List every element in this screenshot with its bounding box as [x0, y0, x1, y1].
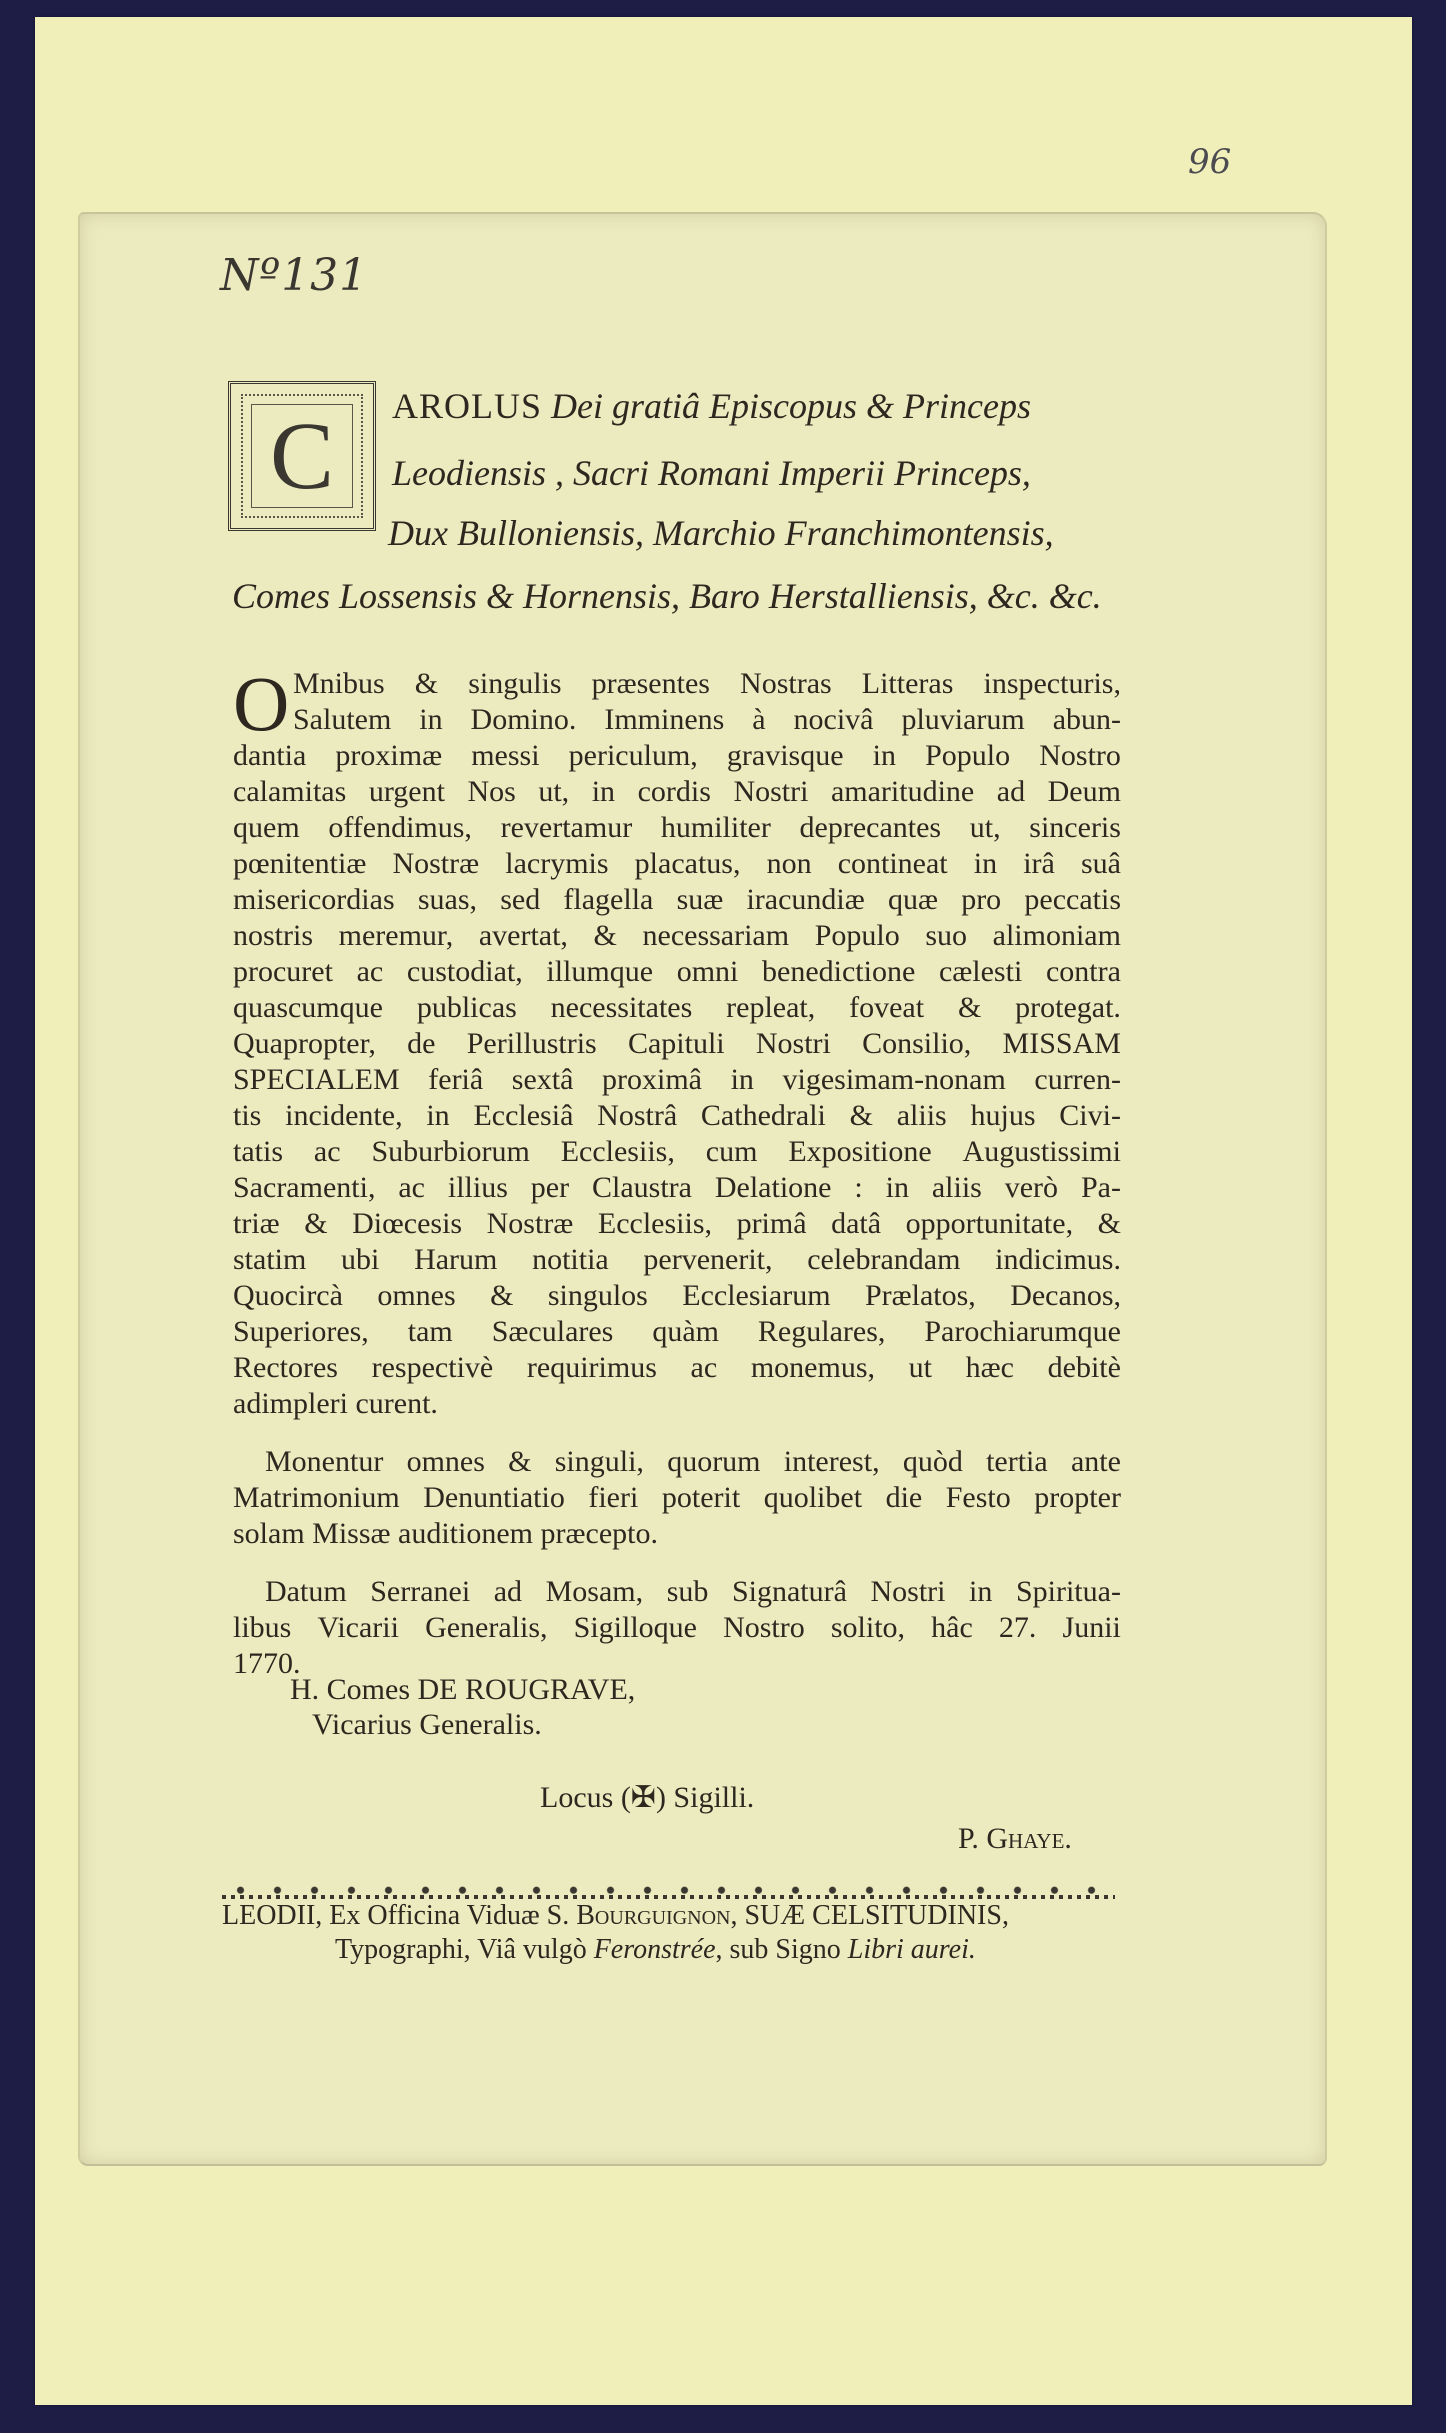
heading-title: Dei gratiâ Episcopus & Princeps — [551, 386, 1031, 426]
body-line: MatrimoniumDenuntiatiofieripoteritquolib… — [233, 1480, 1121, 1516]
body-line: Quocircàomnes&singulosEcclesiarumPrælato… — [233, 1278, 1121, 1314]
body-line: tatisacSuburbiorumEcclesiis,cumExpositio… — [233, 1134, 1121, 1170]
folio-number: 96 — [1188, 142, 1231, 182]
vicar-name: H. Comes DE ROUGRAVE, — [290, 1673, 635, 1707]
heading-line-2-text: Leodiensis , Sacri Romani Imperii Prince… — [392, 453, 1031, 493]
heading-line-2: Leodiensis , Sacri Romani Imperii Prince… — [392, 455, 1031, 491]
imprint-line-2: Typographi, Viâ vulgò Feronstrée, sub Si… — [335, 1934, 976, 1966]
body-line: misericordiassuas,sedflagellasuæiracundi… — [233, 882, 1121, 918]
body-line: adimpleri curent. — [233, 1386, 1121, 1422]
body-line: tisincidente,inEcclesiâNostrâCathedrali&… — [233, 1098, 1121, 1134]
body-line: SaluteminDomino.Imminensànocivâpluviarum… — [233, 702, 1121, 738]
body-line: calamitasurgentNosut,incordisNostriamari… — [233, 774, 1121, 810]
heading-line-4-text: Comes Lossensis & Hornensis, Baro Hersta… — [232, 576, 1102, 616]
vicar-title: Vicarius Generalis. — [312, 1708, 542, 1742]
street-name: Feronstrée — [594, 1934, 716, 1965]
heading-line-1: AROLUS Dei gratiâ Episcopus & Princeps — [392, 388, 1031, 424]
body-line: procuretaccustodiat,illumqueomnibenedict… — [233, 954, 1121, 990]
seal-place: Locus (✠) Sigilli. — [540, 1780, 754, 1815]
body-line: Quapropter,dePerillustrisCapituliNostriC… — [233, 1026, 1121, 1062]
body-line: Rectoresrespectivèrequirimusacmonemus,ut… — [233, 1350, 1121, 1386]
body-line: 1770. — [233, 1646, 1121, 1674]
shop-sign: Libri aurei. — [848, 1934, 976, 1965]
body-line: libusVicariiGeneralis,SigilloqueNostroso… — [233, 1610, 1121, 1646]
imprint-text: LEODII, Ex Officina Viduæ S. — [222, 1900, 576, 1931]
body-line: Sacramenti,acilliusperClaustraDelatione:… — [233, 1170, 1121, 1206]
imprint-line-1: LEODII, Ex Officina Viduæ S. Bourguignon… — [222, 1900, 1009, 1932]
heading-line-4: Comes Lossensis & Hornensis, Baro Hersta… — [232, 578, 1102, 614]
body-line: quemoffendimus,revertamurhumiliterdeprec… — [233, 810, 1121, 846]
decree-body: O Mnibus&singulispræsentesNostrasLittera… — [233, 666, 1121, 1674]
ornamental-rule — [222, 1883, 1115, 1899]
secretary-signature: P. Ghaye. — [958, 1822, 1072, 1856]
initial-letter-o: O — [233, 672, 289, 736]
document-number: Nº131 — [220, 250, 368, 301]
body-line: DatumSerraneiadMosam,subSignaturâNostrii… — [233, 1574, 1121, 1610]
body-line: Monenturomnes&singuli,quoruminterest,quò… — [233, 1444, 1121, 1480]
heading-line-3-text: Dux Bulloniensis, Marchio Franchimontens… — [388, 513, 1054, 553]
initial-letter-c: C — [270, 408, 334, 504]
body-line: statimubiHarumnotitiapervenerit,celebran… — [233, 1242, 1121, 1278]
imprint-text: , sub Signo — [716, 1934, 848, 1965]
body-line: pœnitentiæNostrælacrymisplacatus,noncont… — [233, 846, 1121, 882]
body-line: triæ&DiœcesisNostræEcclesiis,primâdatâop… — [233, 1206, 1121, 1242]
imprint-text: Typographi, Viâ vulgò — [335, 1934, 594, 1965]
ornamental-initial: C — [228, 381, 376, 531]
body-line: dantiaproximæmessipericulum,gravisqueinP… — [233, 738, 1121, 774]
body-line: quascumquepublicasnecessitatesrepleat,fo… — [233, 990, 1121, 1026]
body-line: Mnibus&singulispræsentesNostrasLitterasi… — [233, 666, 1121, 702]
heading-name: AROLUS — [392, 386, 542, 426]
imprint-text: , SUÆ CELSITUDINIS, — [730, 1900, 1008, 1931]
body-line: SPECIALEMferiâsextâproximâinvigesimam-no… — [233, 1062, 1121, 1098]
body-line: nostrismeremur,avertat,&necessariamPopul… — [233, 918, 1121, 954]
heading-line-3: Dux Bulloniensis, Marchio Franchimontens… — [388, 515, 1054, 551]
body-line: Superiores,tamSæcularesquàmRegulares,Par… — [233, 1314, 1121, 1350]
body-line: solam Missæ auditionem præcepto. — [233, 1516, 1121, 1552]
printer-name: Bourguignon — [576, 1900, 730, 1931]
